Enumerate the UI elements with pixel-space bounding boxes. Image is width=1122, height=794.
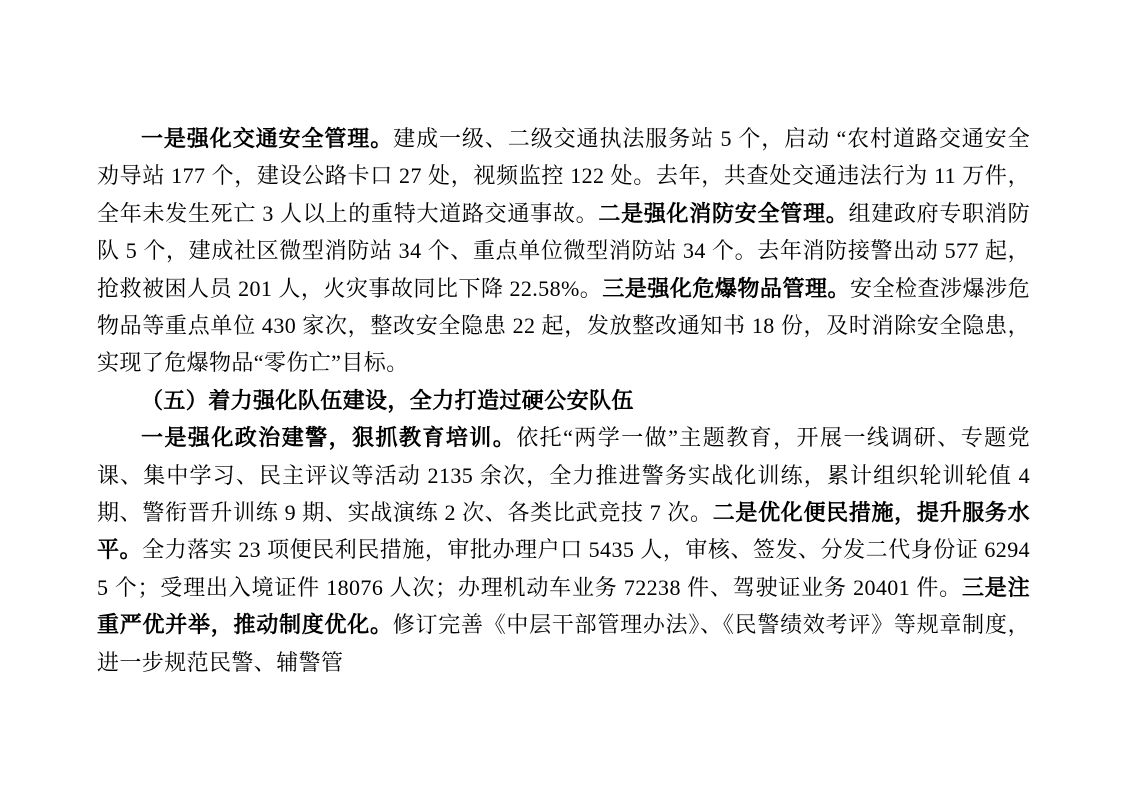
text-run-bold-fire-safety: 二是强化消防安全管理。 <box>598 201 848 226</box>
text-run-convenience-measures-detail: 全力落实 23 项便民利民措施，审批办理户口 5435 人，审核、签发、分发二代… <box>97 537 1030 599</box>
text-run-heading: （五）着力强化队伍建设，全力打造过硬公安队伍 <box>141 388 634 413</box>
document-page: 一是强化交通安全管理。建成一级、二级交通执法服务站 5 个，启动 “农村道路交通… <box>97 120 1030 681</box>
text-run-bold-hazmat: 三是强化危爆物品管理。 <box>602 276 850 301</box>
paragraph-team-building: 一是强化政治建警，狠抓教育培训。依托“两学一做”主题教育，开展一线调研、专题党课… <box>97 419 1030 681</box>
paragraph-public-safety-management: 一是强化交通安全管理。建成一级、二级交通执法服务站 5 个，启动 “农村道路交通… <box>97 120 1030 382</box>
section-heading-five: （五）着力强化队伍建设，全力打造过硬公安队伍 <box>97 382 1030 419</box>
text-run-bold-political-training: 一是强化政治建警，狠抓教育培训。 <box>141 425 516 450</box>
text-run-bold-traffic-safety: 一是强化交通安全管理。 <box>141 126 393 151</box>
